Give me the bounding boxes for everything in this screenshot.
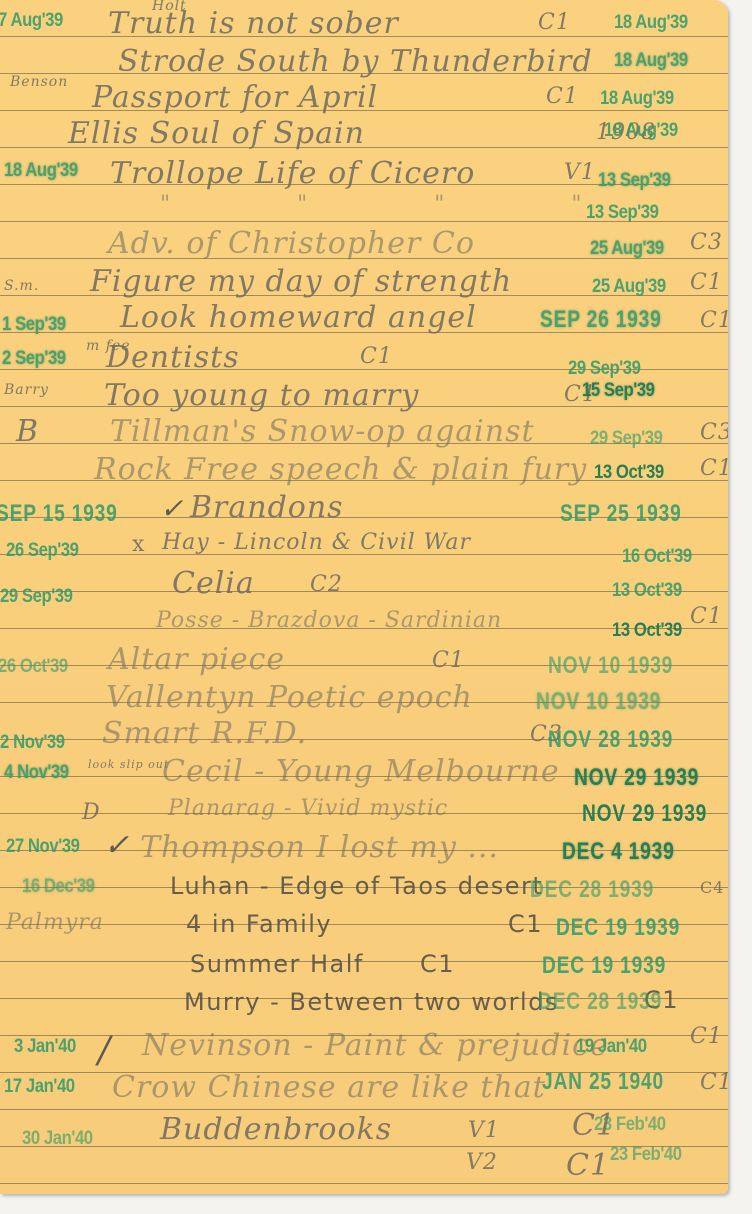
entry-copy-mark: C2 (310, 572, 343, 597)
date-stamp-left: 17 Jan'40 (4, 1076, 75, 1098)
date-stamp-right: 15 Sep'39 (582, 380, 655, 402)
entry-title: Brandons (190, 490, 344, 525)
entry-title: Rock Free speech & plain fury (94, 452, 587, 487)
date-stamp-right: DEC 28 1939 (538, 988, 662, 1016)
entry-title: Altar piece (108, 642, 285, 677)
date-stamp-right: NOV 28 1939 (548, 726, 673, 754)
ruled-line (0, 1183, 728, 1184)
date-stamp-right: 13 Oct'39 (612, 580, 682, 602)
entry-title: Look homeward angel (120, 300, 477, 335)
entry-title: Posse - Brazdova - Sardinian (156, 608, 502, 633)
margin-note: B (16, 414, 39, 449)
entry-title: Cecil - Young Melbourne (162, 754, 560, 789)
date-stamp-left: 4 Nov'39 (4, 762, 69, 784)
date-stamp-right: 18 Aug'39 (604, 120, 678, 142)
date-stamp-right: SEP 26 1939 (540, 306, 662, 334)
date-stamp-left: 2 Sep'39 (2, 348, 66, 370)
entry-title: Too young to marry (104, 378, 419, 413)
date-stamp-right: NOV 29 1939 (582, 800, 707, 828)
entry-copy-mark: C3 (700, 420, 728, 445)
date-stamp-left: 27 Nov'39 (6, 836, 79, 858)
entry-copy-mark: C1 (700, 456, 728, 481)
date-stamp-right: 29 Sep'39 (590, 428, 663, 450)
entry-title: Passport for April (92, 80, 378, 115)
entry-title: Summer Half (190, 950, 364, 978)
date-stamp-right: 18 Aug'39 (614, 50, 688, 72)
entry-copy-mark: C1 (690, 604, 723, 629)
date-stamp-right: NOV 10 1939 (536, 688, 661, 716)
date-stamp-right: 19 Jan'40 (576, 1036, 647, 1058)
date-stamp-right: JAN 25 1940 (542, 1068, 664, 1096)
entry-title: Crow Chinese are like that (112, 1070, 546, 1105)
date-stamp-right: 25 Aug'39 (590, 238, 664, 260)
date-stamp-right: DEC 19 1939 (556, 914, 680, 942)
entry-title: Thompson I lost my ... (140, 830, 499, 865)
date-stamp-right: SEP 25 1939 (560, 500, 682, 528)
entry-title: Planarag - Vivid mystic (168, 796, 448, 821)
entry-copy-mark: C1 (360, 344, 393, 369)
x-mark-icon: x (132, 532, 145, 557)
entry-copy-mark: C1 (508, 910, 543, 938)
margin-note: Barry (4, 382, 49, 398)
ruled-line (0, 1109, 728, 1110)
entry-title: Hay - Lincoln & Civil War (162, 530, 471, 555)
entry-title: Nevinson - Paint & prejudice (142, 1028, 609, 1063)
margin-note: Benson (10, 74, 68, 90)
date-stamp-right: 13 Oct'39 (612, 620, 682, 642)
entry-copy-mark: C1 (700, 308, 728, 333)
date-stamp-right: DEC 4 1939 (562, 838, 675, 866)
entry-copy-mark: V2 (466, 1150, 498, 1175)
margin-note: look slip out (88, 758, 169, 771)
date-stamp-right: 23 Feb'40 (594, 1114, 666, 1136)
date-stamp-right: 16 Oct'39 (622, 546, 692, 568)
date-stamp-left: 26 Sep'39 (6, 540, 79, 562)
entry-title: Vallentyn Poetic epoch (106, 680, 473, 715)
date-stamp-left: 30 Jan'40 (22, 1128, 93, 1150)
entry-title: Trollope Life of Cicero (110, 156, 475, 191)
entry-title: Celia (172, 566, 255, 601)
entry-title: Strode South by Thunderbird (118, 44, 593, 79)
check-mark-icon: / (98, 1030, 110, 1071)
entry-title: Buddenbrooks (160, 1112, 392, 1147)
date-stamp-right: DEC 28 1939 (530, 876, 654, 904)
date-stamp-left: SEP 15 1939 (0, 500, 118, 528)
date-stamp-left: 2 Nov'39 (0, 732, 65, 754)
entry-copy-mark: C4 (700, 878, 724, 897)
date-stamp-right: DEC 19 1939 (542, 952, 666, 980)
date-stamp-left: 7 Aug'39 (0, 10, 63, 32)
entry-title: Ellis Soul of Spain (68, 116, 365, 151)
entry-copy-mark: V1 (468, 1118, 500, 1143)
margin-note: D (82, 800, 101, 825)
entry-title: Murry - Between two worlds (184, 988, 559, 1016)
date-stamp-right: 18 Aug'39 (614, 12, 688, 34)
date-stamp-right: 13 Oct'39 (594, 462, 664, 484)
date-stamp-left: 3 Jan'40 (14, 1036, 76, 1058)
date-stamp-right: 18 Aug'39 (600, 88, 674, 110)
check-mark-icon: ✓ (160, 492, 183, 525)
entry-copy-mark: C1 (420, 950, 455, 978)
entry-copy-mark: C1 (546, 84, 579, 109)
entry-title: Smart R.F.D. (102, 716, 307, 751)
date-stamp-left: 1 Sep'39 (2, 314, 66, 336)
entry-title: Dentists (106, 340, 240, 375)
entry-copy-mark: C1 (690, 1024, 723, 1049)
date-stamp-right: 13 Sep'39 (586, 202, 659, 224)
date-stamp-right: 23 Feb'40 (610, 1144, 682, 1166)
entry-copy-mark: C1 (700, 1070, 728, 1095)
entry-title: 4 in Family (186, 910, 332, 938)
entry-copy-mark: C1 (432, 648, 465, 673)
check-mark-icon: ✓ (104, 828, 129, 863)
date-stamp-left: 26 Oct'39 (0, 656, 68, 678)
ditto-marks: " " " " (160, 192, 641, 217)
entry-copy-mark: C1 (690, 270, 723, 295)
copy-mark: C1 (566, 1148, 610, 1183)
entry-copy-mark: C1 (538, 10, 571, 35)
entry-copy-mark: C3 (690, 230, 723, 255)
margin-note: Palmyra (6, 910, 104, 935)
entry-title: Figure my day of strength (90, 264, 512, 299)
library-card: Holt Truth is not sober C1 Strode South … (0, 0, 728, 1194)
entry-title: Tillman's Snow-op against (110, 414, 535, 449)
date-stamp-left: 29 Sep'39 (0, 586, 73, 608)
date-stamp-right: NOV 29 1939 (574, 764, 699, 792)
date-stamp-right: NOV 10 1939 (548, 652, 673, 680)
date-stamp-left: 18 Aug'39 (4, 160, 78, 182)
entry-title: Truth is not sober (108, 6, 399, 41)
entry-title: Luhan - Edge of Taos desert (170, 872, 543, 900)
date-stamp-right: 29 Sep'39 (568, 358, 641, 380)
date-stamp-right: 25 Aug'39 (592, 276, 666, 298)
entry-copy-mark: V1 (564, 160, 596, 185)
margin-note: S.m. (4, 278, 39, 294)
date-stamp-left: 16 Dec'39 (22, 876, 95, 898)
date-stamp-right: 13 Sep'39 (598, 170, 671, 192)
entry-title: Adv. of Christopher Co (108, 226, 475, 261)
